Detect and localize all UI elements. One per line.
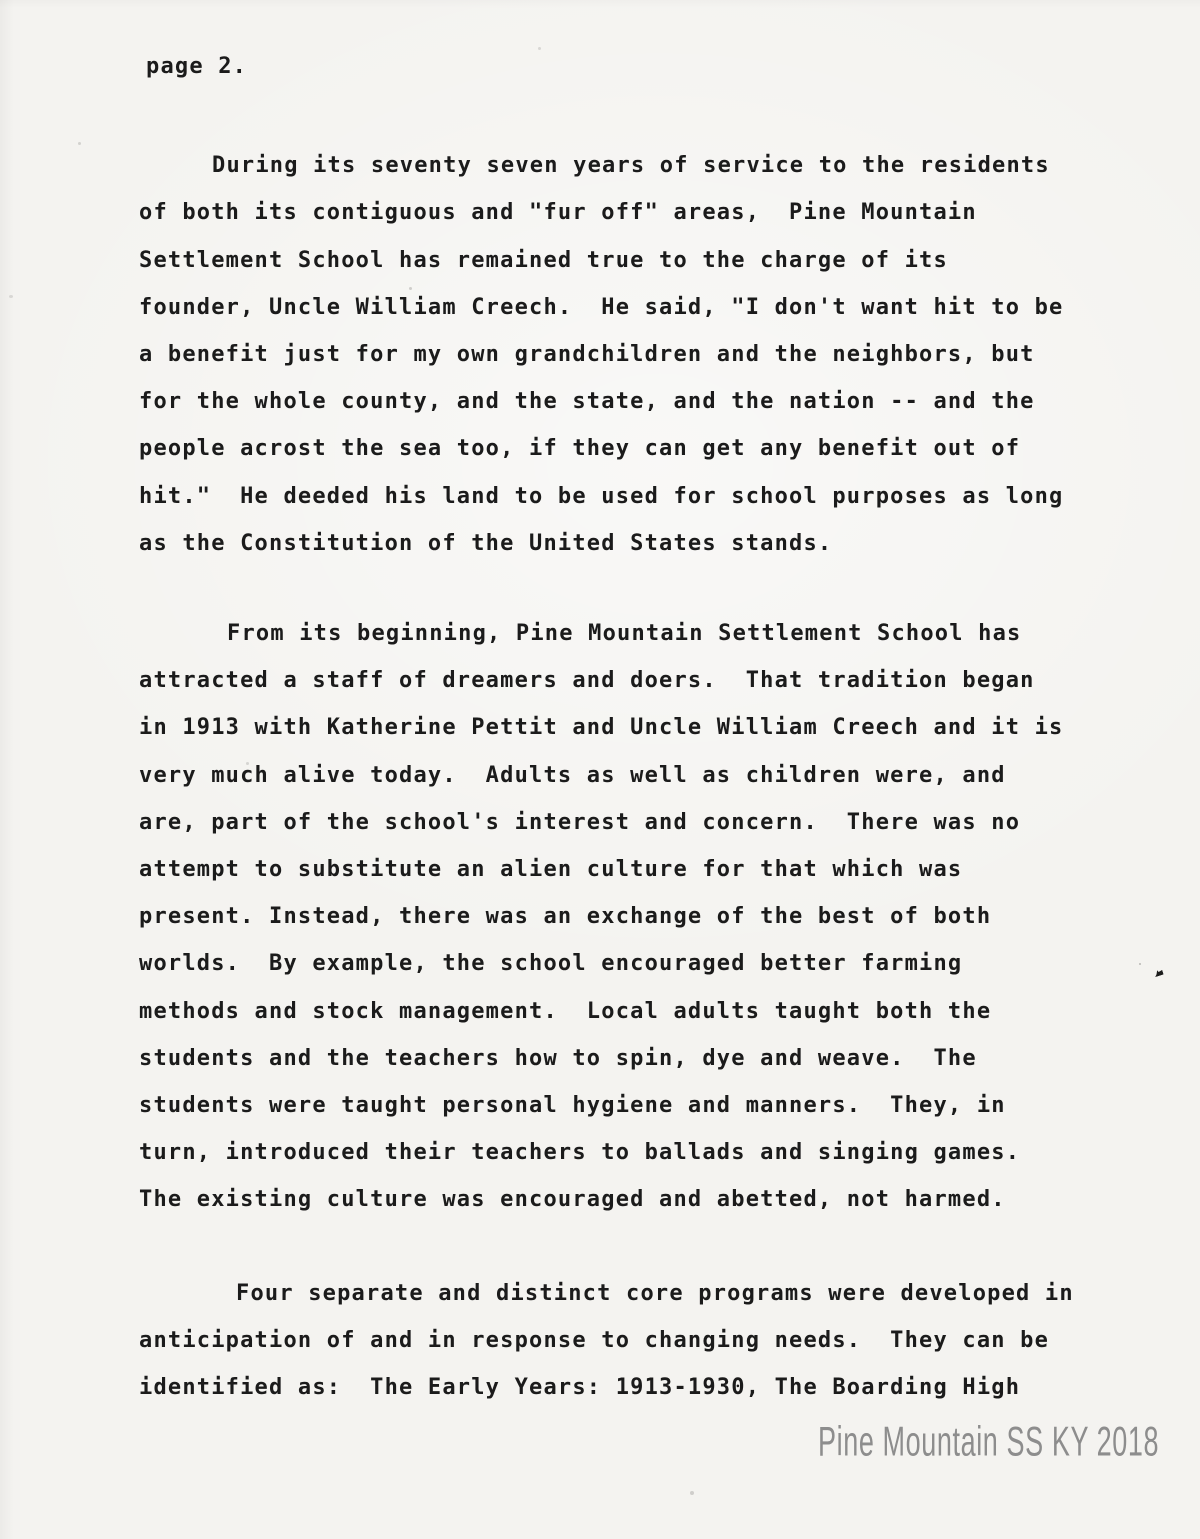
text-line: are, part of the school's interest and c…: [139, 799, 1110, 846]
text-line: present. Instead, there was an exchange …: [139, 893, 1110, 940]
text-line: students were taught personal hygiene an…: [139, 1082, 1110, 1129]
text-line: identified as: The Early Years: 1913-193…: [139, 1364, 1110, 1411]
page-number-label: page 2.: [146, 43, 1110, 90]
text-line: turn, introduced their teachers to balla…: [139, 1129, 1110, 1176]
archive-watermark: Pine Mountain SS KY 2018: [818, 1418, 1159, 1466]
scan-dust: [690, 1491, 694, 1495]
text-line: During its seventy seven years of servic…: [139, 142, 1110, 189]
text-line: methods and stock management. Local adul…: [139, 988, 1110, 1035]
paragraph: Four separate and distinct core programs…: [139, 1270, 1110, 1412]
text-line: attempt to substitute an alien culture f…: [139, 846, 1110, 893]
text-line: people acrost the sea too, if they can g…: [139, 425, 1110, 472]
text-line: Settlement School has remained true to t…: [139, 237, 1110, 284]
text-line: in 1913 with Katherine Pettit and Uncle …: [139, 704, 1110, 751]
text-line: attracted a staff of dreamers and doers.…: [139, 657, 1110, 704]
text-line: as the Constitution of the United States…: [139, 520, 1110, 567]
paragraph: From its beginning, Pine Mountain Settle…: [139, 610, 1110, 1224]
text-line: worlds. By example, the school encourage…: [139, 940, 1110, 987]
text-line: founder, Uncle William Creech. He said, …: [139, 284, 1110, 331]
text-line: students and the teachers how to spin, d…: [139, 1035, 1110, 1082]
text-line: anticipation of and in response to chang…: [139, 1317, 1110, 1364]
text-line: Four separate and distinct core programs…: [139, 1270, 1110, 1317]
text-line: From its beginning, Pine Mountain Settle…: [139, 610, 1110, 657]
paragraph: During its seventy seven years of servic…: [139, 142, 1110, 567]
typed-text-block: page 2. During its seventy seven years o…: [0, 0, 1200, 1411]
text-line: hit." He deeded his land to be used for …: [139, 473, 1110, 520]
scanned-document-page: page 2. During its seventy seven years o…: [0, 0, 1200, 1539]
text-line: of both its contiguous and "fur off" are…: [139, 189, 1110, 236]
text-line: for the whole county, and the state, and…: [139, 378, 1110, 425]
text-line: very much alive today. Adults as well as…: [139, 752, 1110, 799]
text-line: The existing culture was encouraged and …: [139, 1176, 1110, 1223]
text-line: a benefit just for my own grandchildren …: [139, 331, 1110, 378]
